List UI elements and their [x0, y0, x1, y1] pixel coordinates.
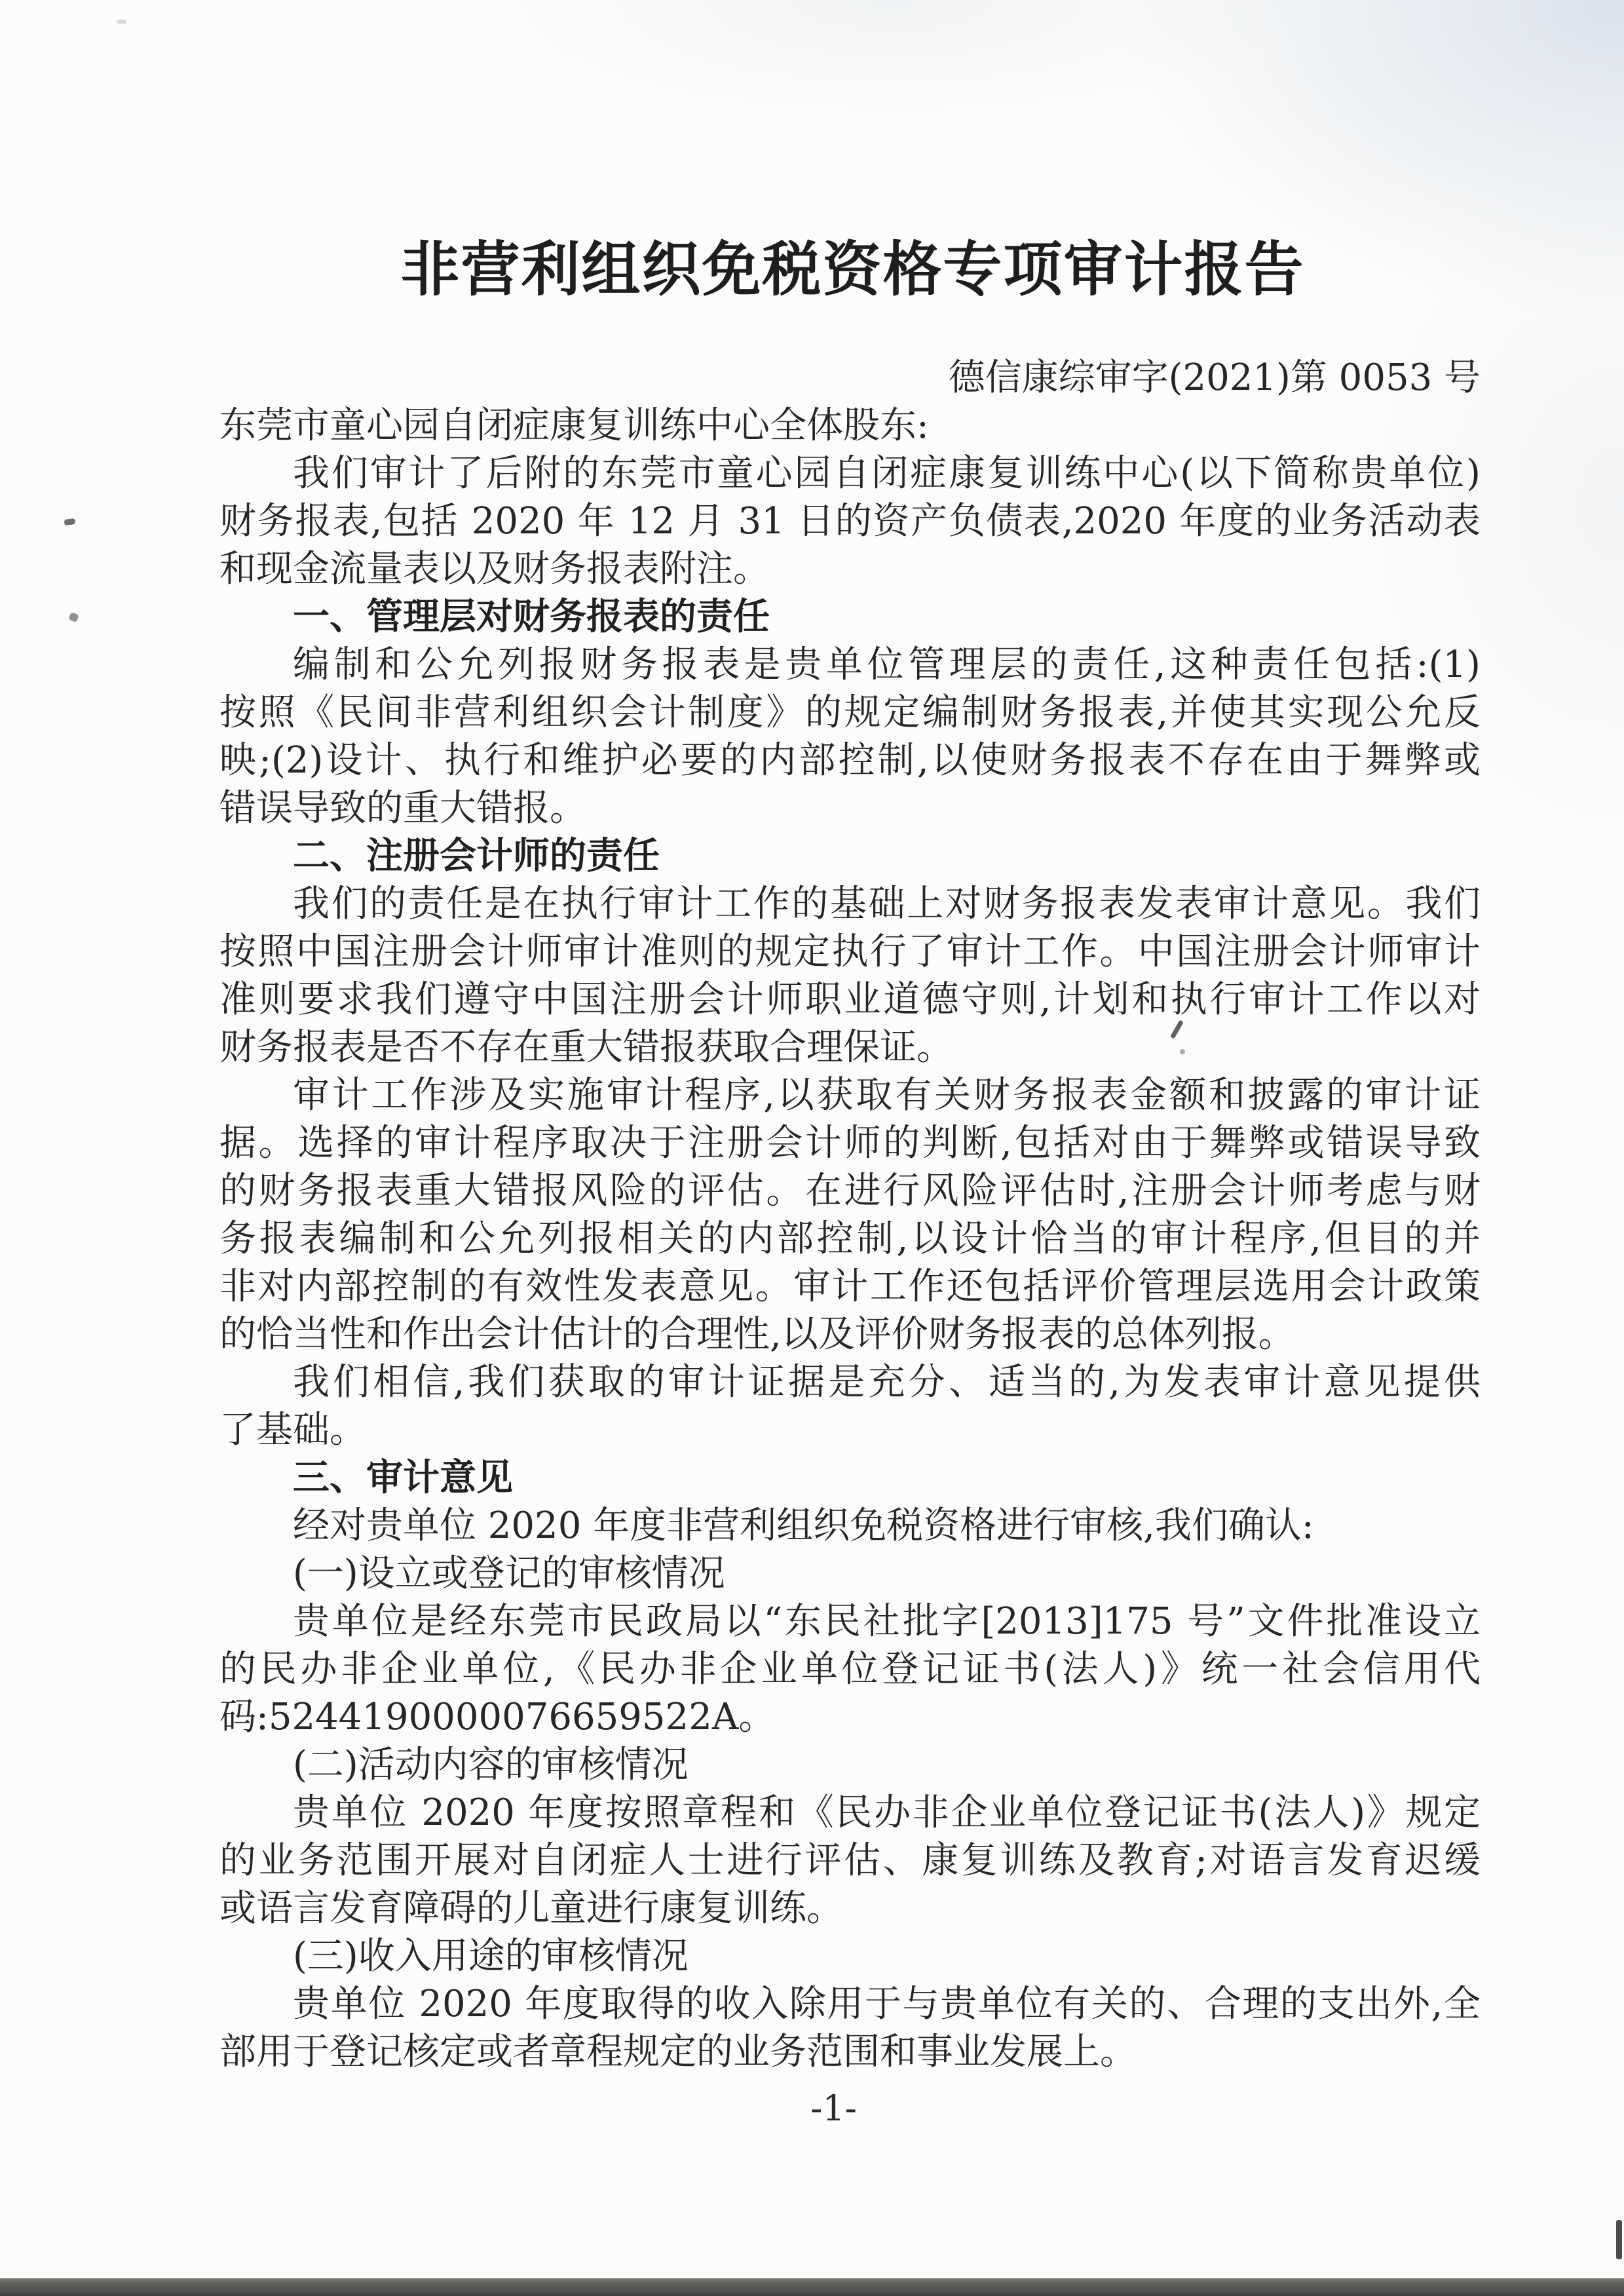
text-line: 贵单位 2020 年度取得的收入除用于与贵单位有关的、合理的支出外,全 [219, 1980, 1481, 2028]
text-line: 了基础。 [219, 1406, 1481, 1454]
text-line: 映;(2)设计、执行和维护必要的内部控制,以使财务报表不存在由于舞弊或 [219, 737, 1481, 784]
text-line: 财务报表是否不存在重大错报获取合理保证。 [219, 1024, 1481, 1071]
document-body: 德信康综审字(2021)第 0053 号东莞市童心园自闭症康复训练中心全体股东:… [219, 354, 1481, 2076]
text-line: 非对内部控制的有效性发表意见。审计工作还包括评价管理层选用会计政策 [219, 1263, 1481, 1311]
text-line: 的业务范围开展对自闭症人士进行评估、康复训练及教育;对语言发育迟缓 [219, 1837, 1481, 1885]
text-line: 和现金流量表以及财务报表附注。 [219, 545, 1481, 593]
text-line: 我们的责任是在执行审计工作的基础上对财务报表发表审计意见。我们 [219, 880, 1481, 928]
text-line: 我们审计了后附的东莞市童心园自闭症康复训练中心(以下简称贵单位) [219, 450, 1481, 497]
scan-speck [68, 612, 79, 622]
text-line: 务报表编制和公允列报相关的内部控制,以设计恰当的审计程序,但目的并 [219, 1215, 1481, 1263]
scan-bottom-band [0, 2278, 1624, 2296]
text-line: 据。选择的审计程序取决于注册会计师的判断,包括对由于舞弊或错误导致 [219, 1119, 1481, 1167]
text-line: 或语言发育障碍的儿童进行康复训练。 [219, 1885, 1481, 1932]
section-heading-3: 三、审计意见 [219, 1454, 1481, 1502]
text-line: (二)活动内容的审核情况 [219, 1741, 1481, 1789]
text-line: 我们相信,我们获取的审计证据是充分、适当的,为发表审计意见提供 [219, 1358, 1481, 1406]
section-heading-1: 一、管理层对财务报表的责任 [219, 593, 1481, 641]
text-line: 财务报表,包括 2020 年 12 月 31 日的资产负债表,2020 年度的业… [219, 497, 1481, 545]
text-line: 的财务报表重大错报风险的评估。在进行风险评估时,注册会计师考虑与财 [219, 1167, 1481, 1215]
text-line: (三)收入用途的审核情况 [219, 1932, 1481, 1980]
text-line: 准则要求我们遵守中国注册会计师职业道德守则,计划和执行审计工作以对 [219, 976, 1481, 1024]
text-line: 编制和公允列报财务报表是贵单位管理层的责任,这种责任包括:(1) [219, 641, 1481, 689]
scan-stray-mark [1180, 1049, 1185, 1054]
page-number: -1- [43, 2088, 1624, 2129]
text-line: 的恰当性和作出会计估计的合理性,以及评价财务报表的总体列报。 [219, 1311, 1481, 1358]
page-title: 非营利组织免税资格专项审计报告 [81, 221, 1624, 307]
text-line: 按照中国注册会计师审计准则的规定执行了审计工作。中国注册会计师审计 [219, 928, 1481, 976]
salutation: 东莞市童心园自闭症康复训练中心全体股东: [219, 402, 1481, 450]
scan-speck [117, 20, 126, 24]
doc-number: 德信康综审字(2021)第 0053 号 [219, 354, 1481, 402]
text-line: 贵单位是经东莞市民政局以“东民社批字[2013]175 号”文件批准设立 [219, 1598, 1481, 1645]
text-line: 经对贵单位 2020 年度非营利组织免税资格进行审核,我们确认: [219, 1502, 1481, 1550]
credit-code-line: 码:5244190000076659522A。 [219, 1693, 1481, 1741]
text-line: 错误导致的重大错报。 [219, 784, 1481, 832]
scanned-page: 非营利组织免税资格专项审计报告 德信康综审字(2021)第 0053 号东莞市童… [0, 0, 1624, 2296]
text-line: 审计工作涉及实施审计程序,以获取有关财务报表金额和披露的审计证 [219, 1071, 1481, 1119]
text-line: 贵单位 2020 年度按照章程和《民办非企业单位登记证书(法人)》规定 [219, 1789, 1481, 1837]
text-line: 按照《民间非营利组织会计制度》的规定编制财务报表,并使其实现公允反 [219, 689, 1481, 737]
section-heading-2: 二、注册会计师的责任 [219, 832, 1481, 880]
scan-speck [64, 518, 75, 526]
text-line: 的民办非企业单位,《民办非企业单位登记证书(法人)》统一社会信用代 [219, 1645, 1481, 1693]
text-line: 部用于登记核定或者章程规定的业务范围和事业发展上。 [219, 2028, 1481, 2076]
text-line: (一)设立或登记的审核情况 [219, 1550, 1481, 1598]
scan-edge-mark [1616, 2220, 1622, 2259]
